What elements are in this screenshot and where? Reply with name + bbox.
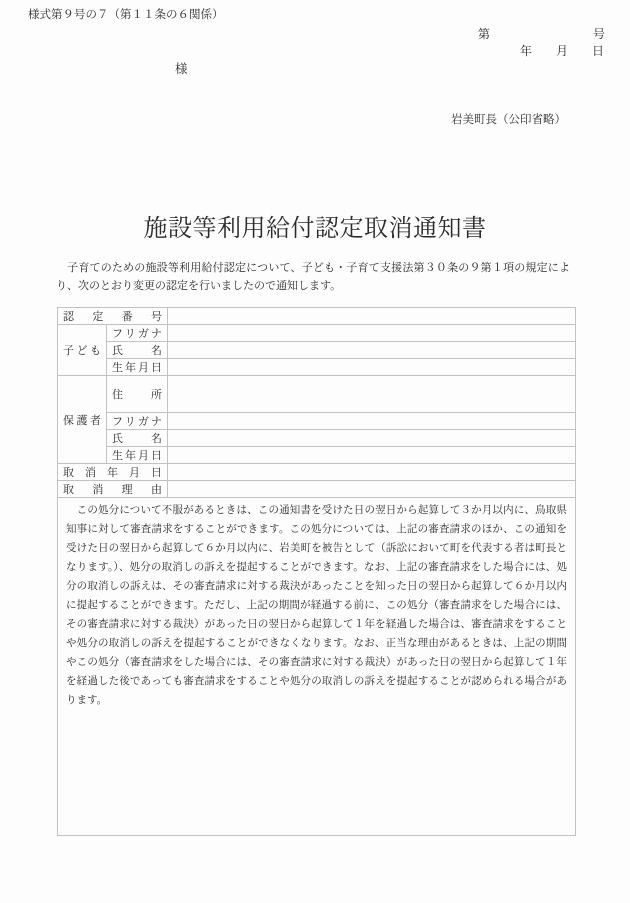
body-paragraph: 子育てのための施設等利用給付認定について、子ども・子育て支援法第３０条の９第１項… — [56, 259, 570, 295]
appeal-notice-text: この処分について不服があるときは、この通知書を受けた日の翌日から起算して３か月以… — [58, 498, 576, 836]
issue-date-line: 年 月 日 — [520, 42, 604, 59]
guardian-address-value — [168, 376, 576, 413]
cancellation-reason-value — [168, 481, 576, 498]
date-month-label: 月 — [556, 42, 568, 59]
document-page: 様式第９号の７（第１１条の６関係） 第 号 年 月 日 様 岩美町長（公印省略）… — [0, 0, 630, 903]
certification-table: 認定番号 子ども フリガナ 氏名 生年月日 保護者 住所 フリガナ 氏名 — [57, 307, 576, 836]
child-birthdate-value — [168, 359, 576, 376]
date-year-label: 年 — [520, 42, 532, 59]
certification-number-label: 認定番号 — [58, 308, 168, 325]
certification-number-value — [168, 308, 576, 325]
cancellation-date-value — [168, 464, 576, 481]
addressee-honorific: 様 — [175, 59, 188, 77]
child-furigana-value — [168, 325, 576, 342]
date-day-label: 日 — [592, 42, 604, 59]
document-number-suffix: 号 — [593, 25, 605, 42]
child-furigana-label: フリガナ — [107, 325, 168, 342]
child-birthdate-label: 生年月日 — [107, 359, 168, 376]
form-id: 様式第９号の７（第１１条の６関係） — [28, 6, 224, 22]
issuer-name: 岩美町長（公印省略） — [451, 111, 566, 127]
child-section-label: 子ども — [58, 325, 107, 376]
document-title: 施設等利用給付認定取消通知書 — [0, 208, 630, 243]
guardian-name-label: 氏名 — [107, 430, 168, 447]
document-number-prefix: 第 — [478, 25, 490, 42]
guardian-furigana-value — [168, 413, 576, 430]
guardian-birthdate-label: 生年月日 — [107, 447, 168, 464]
guardian-furigana-label: フリガナ — [107, 413, 168, 430]
guardian-section-label: 保護者 — [58, 376, 107, 464]
child-name-label: 氏名 — [107, 342, 168, 359]
guardian-birthdate-value — [168, 447, 576, 464]
document-number-line: 第 号 — [478, 25, 605, 42]
guardian-address-label: 住所 — [107, 376, 168, 413]
guardian-name-value — [168, 430, 576, 447]
cancellation-reason-label: 取消理由 — [58, 481, 168, 498]
child-name-value — [168, 342, 576, 359]
cancellation-date-label: 取消年月日 — [58, 464, 168, 481]
